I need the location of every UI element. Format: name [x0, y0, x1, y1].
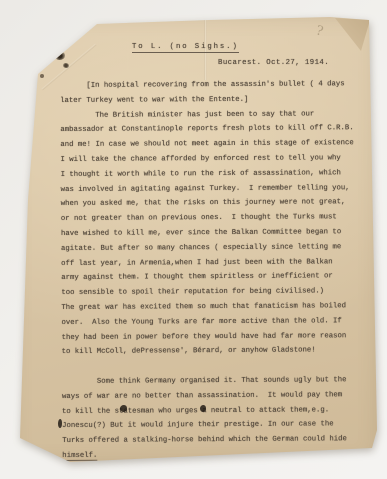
pencil-mark: ?: [314, 23, 324, 39]
ink-overstrike: [120, 405, 127, 412]
typed-line: Turks offered a stalking-horse behind wh…: [62, 432, 364, 449]
folded-corner-top-right: [333, 17, 371, 53]
ink-blot: [40, 74, 44, 78]
typed-line: I will take the chance afforded by enfor…: [60, 151, 362, 168]
letter-body: [In hospital recovering from the assassi…: [60, 77, 364, 464]
typed-line: they had been in power before they would…: [62, 329, 364, 346]
typed-line: have wished to kill me, ever since the B…: [61, 225, 363, 242]
paper-shadow-wrap: 24 ? To L. (no Sighs.) Bucarest. Oct.27,…: [0, 0, 387, 479]
typed-line: ways of war are no better than assassina…: [62, 388, 364, 405]
photographed-document: 24 ? To L. (no Sighs.) Bucarest. Oct.27,…: [0, 0, 387, 479]
handwritten-page-number: 24: [25, 51, 47, 68]
typed-line: [In hospital recovering from the assassi…: [60, 77, 362, 94]
letter-page: 24 ? To L. (no Sighs.) Bucarest. Oct.27,…: [10, 14, 380, 466]
letter-heading: To L. (no Sighs.): [132, 43, 239, 53]
typed-line: I thought it worth while to run the risk…: [61, 166, 363, 183]
stain: [36, 33, 45, 43]
typed-line: The great war has excited them so much t…: [61, 299, 363, 316]
ink-overstrike: [58, 419, 62, 428]
typed-line: agitate. But after so many chances ( esp…: [61, 240, 363, 257]
ink-overstrike: [200, 405, 206, 412]
letter-dateline: Bucarest. Oct.27, 1914.: [218, 59, 329, 67]
typed-line: himself.: [62, 447, 364, 464]
ink-blot: [55, 52, 65, 60]
typed-line: Some think Germany organised it. That so…: [62, 373, 364, 390]
typed-line: over. Also the Young Turks are far more …: [61, 314, 363, 331]
ink-blot: [63, 63, 69, 68]
